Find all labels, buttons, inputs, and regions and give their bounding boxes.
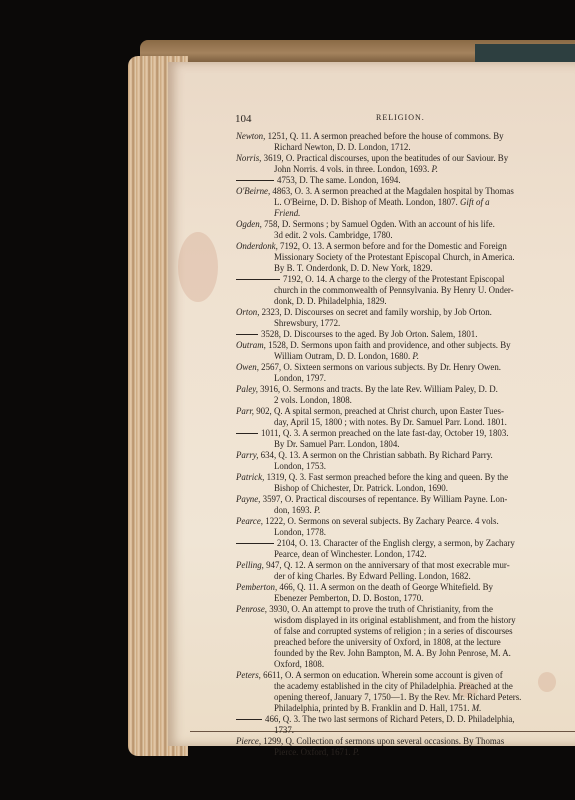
entry-line: donk, D. D. Philadelphia, 1829. [236, 296, 556, 307]
entry-text: John Norris. 4 vols. in three. London, 1… [274, 164, 432, 174]
author-name: Pearce, [236, 516, 263, 526]
catalog-entry: 3528, D. Discourses to the aged. By Job … [236, 329, 556, 340]
entry-line: Missionary Society of the Protestant Epi… [236, 252, 556, 263]
italic-note: Gift of a [460, 197, 490, 207]
entry-text: 1299, Q. Collection of sermons upon seve… [261, 736, 504, 746]
entry-text: 466, Q. 11. A sermon on the death of Geo… [277, 582, 493, 592]
entry-line: 466, Q. 3. The two last sermons of Richa… [236, 714, 556, 725]
entry-line: John Norris. 4 vols. in three. London, 1… [236, 164, 556, 175]
entry-line: 1011, Q. 3. A sermon preached on the lat… [236, 428, 556, 439]
entry-line: By B. T. Onderdonk, D. D. New York, 1829… [236, 263, 556, 274]
entry-text: Pearce, dean of Winchester. London, 1742… [274, 549, 427, 559]
catalog-entry: Owen, 2567, O. Sixteen sermons on variou… [236, 362, 556, 384]
catalog-entry: Orton, 2323, D. Discourses on secret and… [236, 307, 556, 329]
entry-line: Bishop of Chichester, Dr. Patrick. Londo… [236, 483, 556, 494]
entry-line: founded by the Rev. John Bampton, M. A. … [236, 648, 556, 659]
entry-text: By B. T. Onderdonk, D. D. New York, 1829… [274, 263, 432, 273]
entry-line: Richard Newton, D. D. London, 1712. [236, 142, 556, 153]
catalog-entry: Onderdonk, 7192, O. 13. A sermon before … [236, 241, 556, 274]
entry-text: 947, Q. 12. A sermon on the anniversary … [264, 560, 510, 570]
entry-text: 1737. [274, 725, 294, 735]
catalog-entry: O'Beirne, 4863, O. 3. A sermon preached … [236, 186, 556, 219]
entry-text: William Outram, D. D. London, 1680. [274, 351, 412, 361]
author-name: Parry, [236, 450, 258, 460]
entry-line: Ogden, 758, D. Sermons ; by Samuel Ogden… [236, 219, 556, 230]
ditto-dash [236, 433, 258, 434]
author-name: Norris, [236, 153, 261, 163]
page-number: 104 [235, 113, 252, 125]
ditto-dash [236, 719, 262, 720]
catalog-entry: Pelling, 947, Q. 12. A sermon on the ann… [236, 560, 556, 582]
entry-text: 4753, D. The same. London, 1694. [277, 175, 401, 185]
entry-text: London, 1797. [274, 373, 326, 383]
catalog-entry: 7192, O. 14. A charge to the clergy of t… [236, 274, 556, 307]
catalog-entry: Paley, 3916, O. Sermons and tracts. By t… [236, 384, 556, 406]
entry-text: Oxford, 1808. [274, 659, 324, 669]
entry-text: 758, D. Sermons ; by Samuel Ogden. With … [262, 219, 495, 229]
catalog-entry: Pemberton, 466, Q. 11. A sermon on the d… [236, 582, 556, 604]
ditto-dash [236, 543, 274, 544]
entry-line: Pearce, dean of Winchester. London, 1742… [236, 549, 556, 560]
entry-text: 7192, O. 14. A charge to the clergy of t… [283, 274, 505, 284]
entry-text: By Dr. Samuel Parr. London, 1804. [274, 439, 399, 449]
author-name: Owen, [236, 362, 259, 372]
author-name: Orton, [236, 307, 259, 317]
entry-text: 3597, O. Practical discourses of repenta… [260, 494, 507, 504]
ditto-dash [236, 279, 280, 280]
entry-line: Shrewsbury, 1772. [236, 318, 556, 329]
italic-note: P. [432, 164, 439, 174]
entry-line: opening thereof, January 7, 1750—1. By t… [236, 692, 556, 703]
entry-text: 7192, O. 13. A sermon before and for the… [278, 241, 507, 251]
entry-text: 1319, Q. 3. Fast sermon preached before … [264, 472, 508, 482]
catalog-entries: Newton, 1251, Q. 11. A sermon preached b… [236, 131, 556, 758]
entry-line: Orton, 2323, D. Discourses on secret and… [236, 307, 556, 318]
running-title: RELIGION. [376, 113, 425, 122]
entry-line: 3528, D. Discourses to the aged. By Job … [236, 329, 556, 340]
italic-note: P. [412, 351, 419, 361]
catalog-entry: Newton, 1251, Q. 11. A sermon preached b… [236, 131, 556, 153]
catalog-entry: Payne, 3597, O. Practical discourses of … [236, 494, 556, 516]
entry-line: Paley, 3916, O. Sermons and tracts. By t… [236, 384, 556, 395]
entry-text: der of king Charles. By Edward Pelling. … [274, 571, 471, 581]
entry-line: Owen, 2567, O. Sixteen sermons on variou… [236, 362, 556, 373]
entry-text: church in the commonwealth of Pennsylvan… [274, 285, 514, 295]
entry-text: 2 vols. London, 1808. [274, 395, 352, 405]
foxing-stain [178, 232, 218, 302]
entry-line: Parry, 634, Q. 13. A sermon on the Chris… [236, 450, 556, 461]
entry-text: wisdom displayed in its original establi… [274, 615, 516, 625]
catalog-entry: Parr, 902, Q. A spital sermon, preached … [236, 406, 556, 428]
author-name: Peters, [236, 670, 261, 680]
entry-line: Oxford, 1808. [236, 659, 556, 670]
author-name: Pelling, [236, 560, 264, 570]
entry-line: preached before the university of Oxford… [236, 637, 556, 648]
entry-line: the academy established in the city of P… [236, 681, 556, 692]
entry-line: Payne, 3597, O. Practical discourses of … [236, 494, 556, 505]
entry-text: Philadelphia, printed by B. Franklin and… [274, 703, 472, 713]
entry-line: 3d edit. 2 vols. Cambridge, 1780. [236, 230, 556, 241]
entry-text: Richard Newton, D. D. London, 1712. [274, 142, 411, 152]
catalog-entry: Pearce, 1222, O. Sermons on several subj… [236, 516, 556, 538]
entry-text: 3d edit. 2 vols. Cambridge, 1780. [274, 230, 393, 240]
entry-line: London, 1753. [236, 461, 556, 472]
entry-text: 1222, O. Sermons on several subjects. By… [263, 516, 499, 526]
entry-text: of false and corrupted systems of religi… [274, 626, 513, 636]
entry-line: 2104, O. 13. Character of the English cl… [236, 538, 556, 549]
entry-line: Friend. [236, 208, 556, 219]
entry-text: 1528, D. Sermons upon faith and providen… [266, 340, 511, 350]
entry-text: 3528, D. Discourses to the aged. By Job … [261, 329, 477, 339]
entry-line: By Dr. Samuel Parr. London, 1804. [236, 439, 556, 450]
entry-line: O'Beirne, 4863, O. 3. A sermon preached … [236, 186, 556, 197]
entry-line: wisdom displayed in its original establi… [236, 615, 556, 626]
entry-line: Pearce, 1222, O. Sermons on several subj… [236, 516, 556, 527]
entry-line: L. O'Beirne, D. D. Bishop of Meath. Lond… [236, 197, 556, 208]
entry-line: Newton, 1251, Q. 11. A sermon preached b… [236, 131, 556, 142]
entry-text: 2323, D. Discourses on secret and family… [259, 307, 491, 317]
catalog-entry: Pierce, 1299, Q. Collection of sermons u… [236, 736, 556, 758]
entry-line: church in the commonwealth of Pennsylvan… [236, 285, 556, 296]
entry-line: Onderdonk, 7192, O. 13. A sermon before … [236, 241, 556, 252]
entry-line: Pierce. Oxford, 1671. P. [236, 747, 556, 758]
author-name: Paley, [236, 384, 258, 394]
entry-text: 634, Q. 13. A sermon on the Christian sa… [258, 450, 492, 460]
italic-note: P. [314, 505, 321, 515]
catalog-entry: Patrick, 1319, Q. 3. Fast sermon preache… [236, 472, 556, 494]
entry-text: 466, Q. 3. The two last sermons of Richa… [265, 714, 515, 724]
ditto-dash [236, 180, 274, 181]
italic-note: M. [472, 703, 482, 713]
ditto-dash [236, 334, 258, 335]
catalog-entry: 2104, O. 13. Character of the English cl… [236, 538, 556, 560]
entry-line: Outram, 1528, D. Sermons upon faith and … [236, 340, 556, 351]
catalog-entry: 1011, Q. 3. A sermon preached on the lat… [236, 428, 556, 450]
entry-text: donk, D. D. Philadelphia, 1829. [274, 296, 387, 306]
author-name: Pierce, [236, 736, 261, 746]
author-name: Payne, [236, 494, 260, 504]
entry-line: Philadelphia, printed by B. Franklin and… [236, 703, 556, 714]
entry-line: 7192, O. 14. A charge to the clergy of t… [236, 274, 556, 285]
entry-text: day, April 15, 1800 ; with notes. By Dr.… [274, 417, 507, 427]
author-name: Outram, [236, 340, 266, 350]
entry-text: preached before the university of Oxford… [274, 637, 501, 647]
page-header: 104 RELIGION. [231, 113, 551, 127]
italic-note: P. [353, 747, 360, 757]
catalog-entry: Outram, 1528, D. Sermons upon faith and … [236, 340, 556, 362]
author-name: Pemberton, [236, 582, 277, 592]
entry-text: 1251, Q. 11. A sermon preached before th… [265, 131, 503, 141]
entry-line: day, April 15, 1800 ; with notes. By Dr.… [236, 417, 556, 428]
entry-text: London, 1778. [274, 527, 326, 537]
entry-text: 2567, O. Sixteen sermons on various subj… [259, 362, 501, 372]
author-name: O'Beirne, [236, 186, 270, 196]
entry-line: Ebenezer Pemberton, D. D. Boston, 1770. [236, 593, 556, 604]
entry-line: William Outram, D. D. London, 1680. P. [236, 351, 556, 362]
entry-text: 3619, O. Practical discourses, upon the … [261, 153, 508, 163]
entry-text: 902, Q. A spital sermon, preached at Chr… [254, 406, 504, 416]
entry-text: 1011, Q. 3. A sermon preached on the lat… [261, 428, 509, 438]
entry-text: Missionary Society of the Protestant Epi… [274, 252, 515, 262]
author-name: Patrick, [236, 472, 264, 482]
catalog-entry: 466, Q. 3. The two last sermons of Richa… [236, 714, 556, 736]
entry-text: Pierce. Oxford, 1671. [274, 747, 353, 757]
entry-line: London, 1797. [236, 373, 556, 384]
entry-line: Pemberton, 466, Q. 11. A sermon on the d… [236, 582, 556, 593]
entry-line: Parr, 902, Q. A spital sermon, preached … [236, 406, 556, 417]
entry-text: Shrewsbury, 1772. [274, 318, 340, 328]
entry-line: 2 vols. London, 1808. [236, 395, 556, 406]
catalog-entry: Penrose, 3930, O. An attempt to prove th… [236, 604, 556, 670]
entry-line: London, 1778. [236, 527, 556, 538]
entry-line: Peters, 6611, O. A sermon on education. … [236, 670, 556, 681]
entry-text: 2104, O. 13. Character of the English cl… [277, 538, 515, 548]
author-name: Ogden, [236, 219, 262, 229]
entry-text: Bishop of Chichester, Dr. Patrick. Londo… [274, 483, 448, 493]
entry-text: L. O'Beirne, D. D. Bishop of Meath. Lond… [274, 197, 460, 207]
catalog-entry: Ogden, 758, D. Sermons ; by Samuel Ogden… [236, 219, 556, 241]
catalog-entry: 4753, D. The same. London, 1694. [236, 175, 556, 186]
author-name: Penrose, [236, 604, 267, 614]
entry-text: 3916, O. Sermons and tracts. By the late… [258, 384, 498, 394]
author-name: Parr, [236, 406, 254, 416]
entry-text: London, 1753. [274, 461, 326, 471]
catalog-entry: Peters, 6611, O. A sermon on education. … [236, 670, 556, 714]
entry-text: don, 1693. [274, 505, 314, 515]
entry-line: der of king Charles. By Edward Pelling. … [236, 571, 556, 582]
entry-text: founded by the Rev. John Bampton, M. A. … [274, 648, 511, 658]
entry-line: Penrose, 3930, O. An attempt to prove th… [236, 604, 556, 615]
author-name: Onderdonk, [236, 241, 278, 251]
entry-line: don, 1693. P. [236, 505, 556, 516]
entry-text: 4863, O. 3. A sermon preached at the Mag… [270, 186, 514, 196]
entry-line: 4753, D. The same. London, 1694. [236, 175, 556, 186]
catalog-entry: Norris, 3619, O. Practical discourses, u… [236, 153, 556, 175]
entry-text: Ebenezer Pemberton, D. D. Boston, 1770. [274, 593, 423, 603]
author-name: Newton, [236, 131, 265, 141]
entry-line: Patrick, 1319, Q. 3. Fast sermon preache… [236, 472, 556, 483]
italic-note: Friend. [274, 208, 300, 218]
entry-text: opening thereof, January 7, 1750—1. By t… [274, 692, 521, 702]
entry-line: 1737. [236, 725, 556, 736]
entry-line: Pierce, 1299, Q. Collection of sermons u… [236, 736, 556, 747]
book-spine-cloth [475, 44, 575, 64]
entry-line: of false and corrupted systems of religi… [236, 626, 556, 637]
entry-line: Norris, 3619, O. Practical discourses, u… [236, 153, 556, 164]
entry-text: 6611, O. A sermon on education. Wherein … [261, 670, 503, 680]
entry-text: 3930, O. An attempt to prove the truth o… [267, 604, 493, 614]
entry-line: Pelling, 947, Q. 12. A sermon on the ann… [236, 560, 556, 571]
catalog-entry: Parry, 634, Q. 13. A sermon on the Chris… [236, 450, 556, 472]
entry-text: the academy established in the city of P… [274, 681, 513, 691]
